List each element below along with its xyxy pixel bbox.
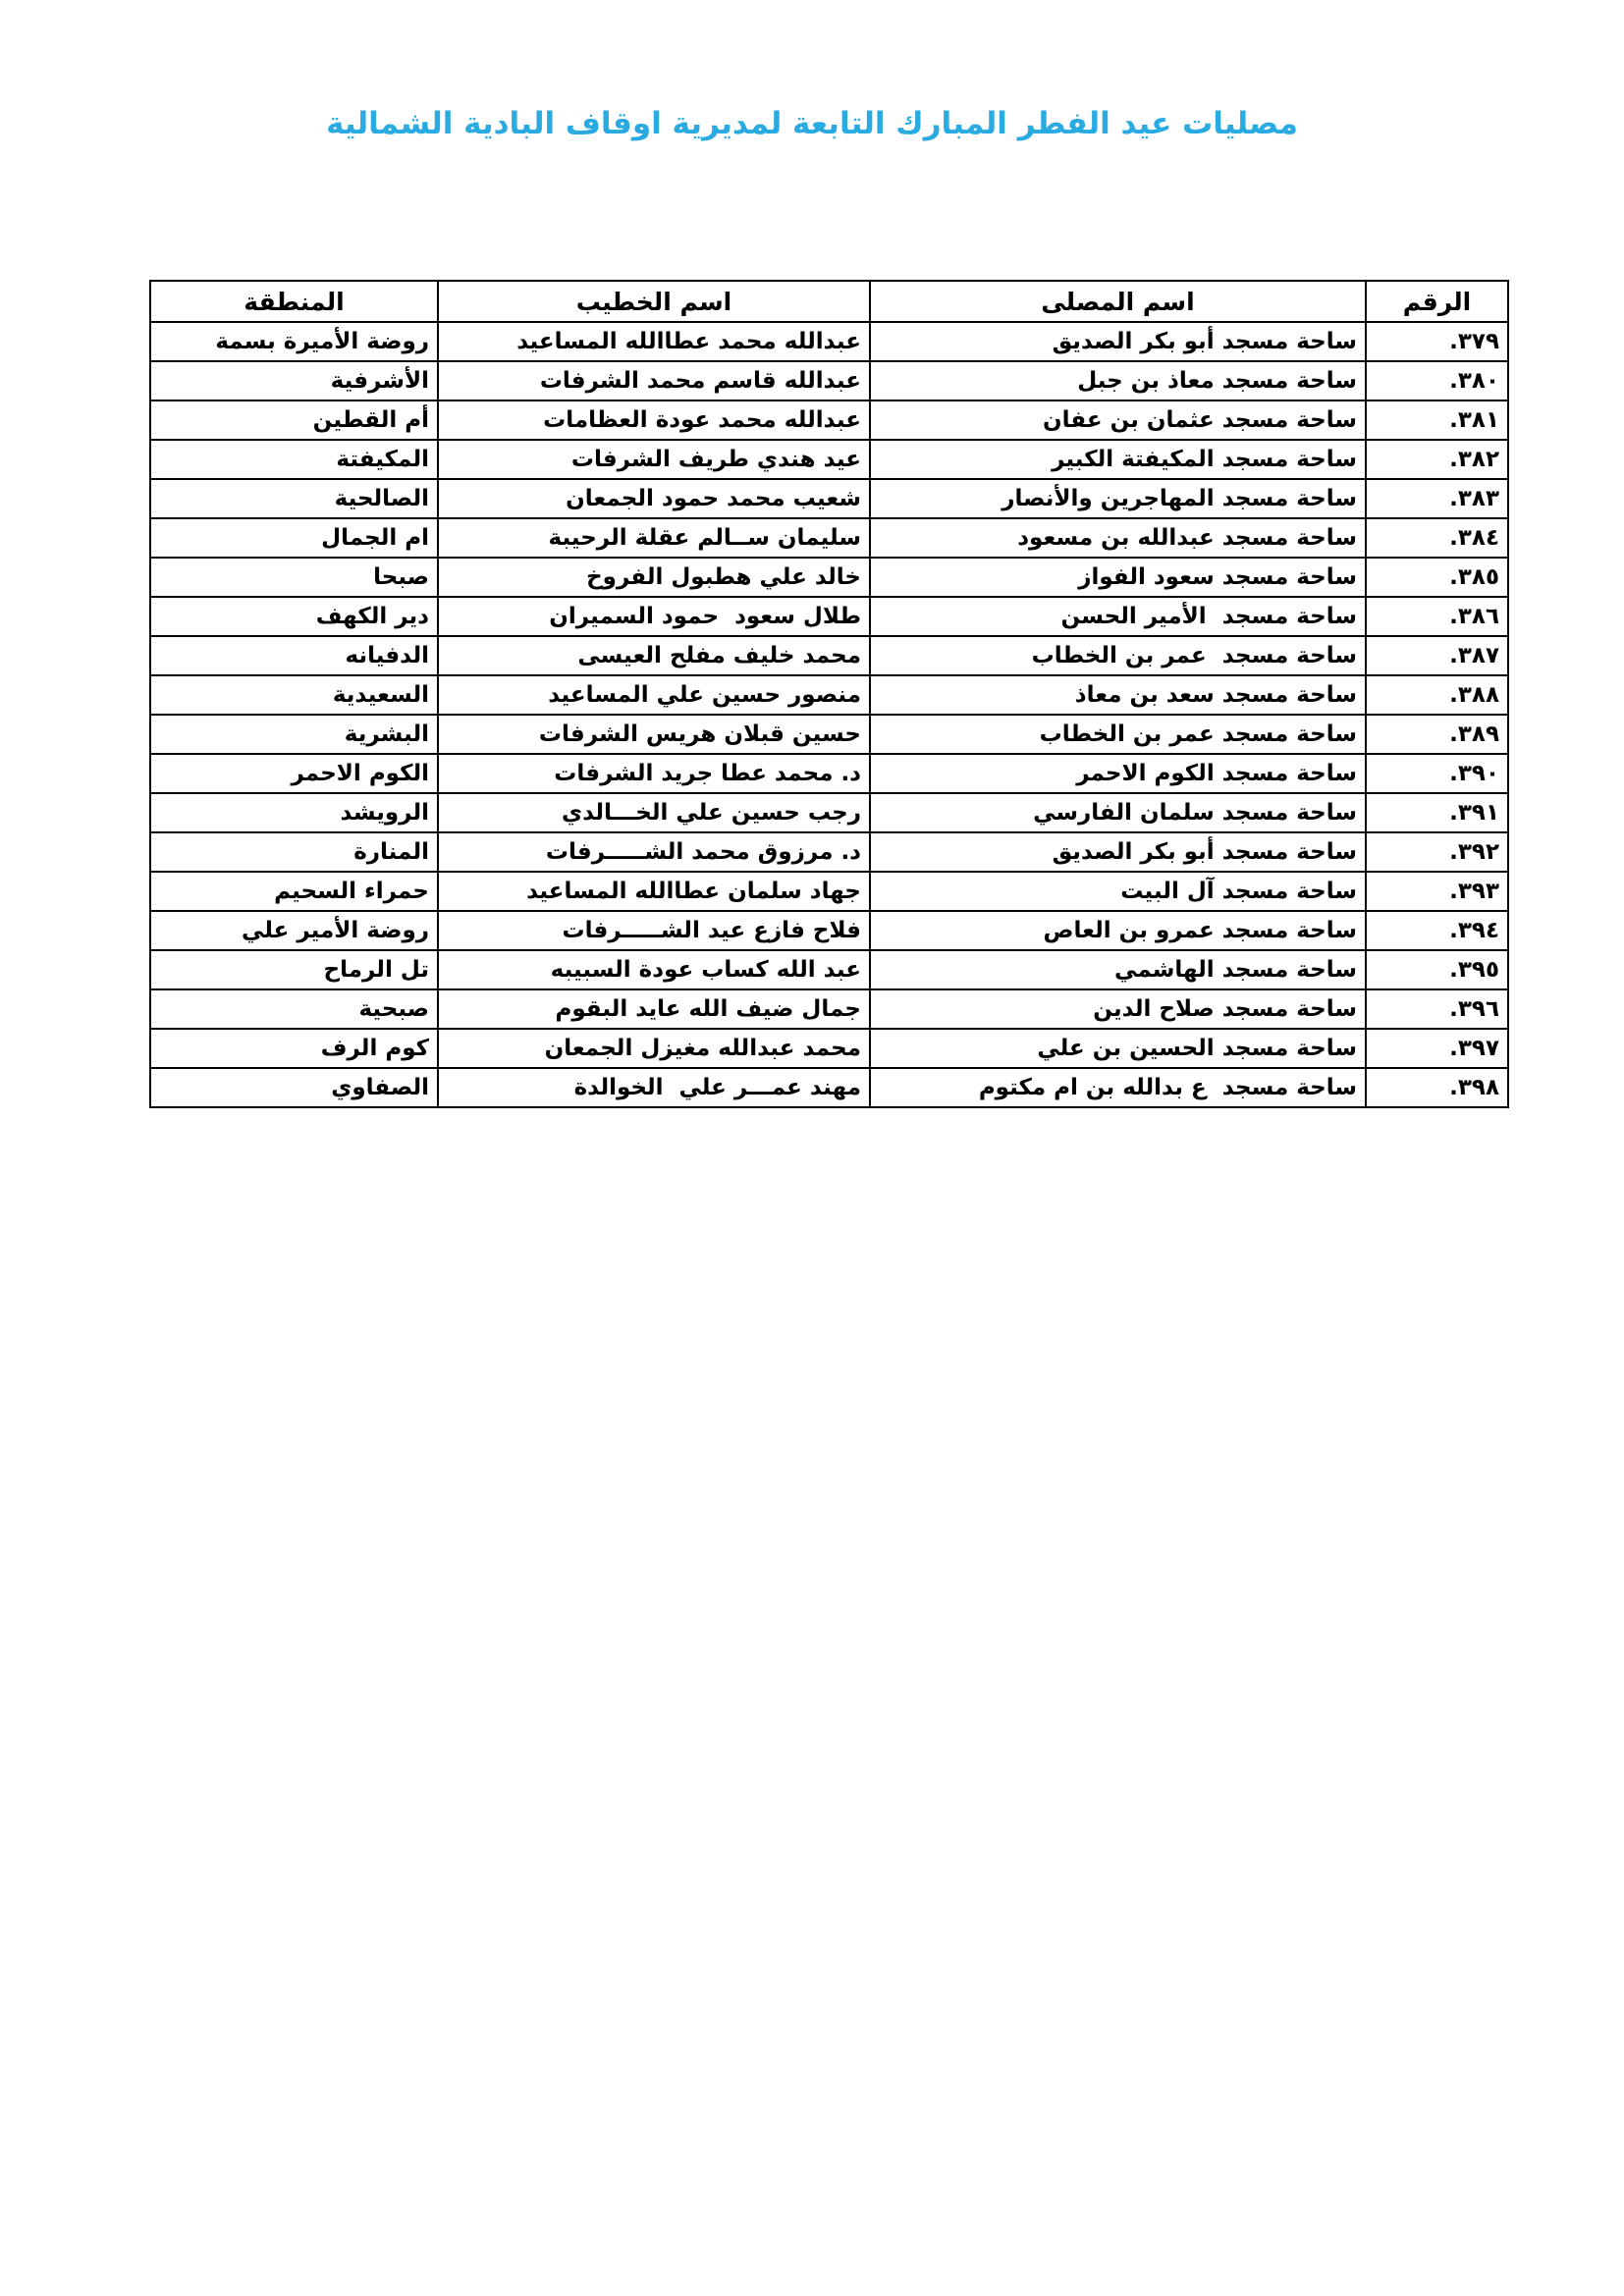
mosque-name-cell: ساحة مسجد سعد بن معاذ [870, 675, 1366, 715]
table-row: ٣٧٩. ساحة مسجد أبو بكر الصديق عبدالله مح… [150, 322, 1508, 361]
preacher-name-cell: محمد عبدالله مغيزل الجمعان [438, 1029, 870, 1068]
region-name-cell: صبحية [150, 989, 438, 1029]
table-row: ٣٩٤. ساحة مسجد عمرو بن العاص فلاح فازع ع… [150, 911, 1508, 950]
mosque-name-cell: ساحة مسجد عبدالله بن مسعود [870, 518, 1366, 558]
row-number-cell: ٣٩٦. [1366, 989, 1508, 1029]
region-name-cell: الرويشد [150, 793, 438, 832]
region-name-cell: الكوم الاحمر [150, 754, 438, 793]
row-number-cell: ٣٨٨. [1366, 675, 1508, 715]
row-number-cell: ٣٩٠. [1366, 754, 1508, 793]
row-number-cell: ٣٨٩. [1366, 715, 1508, 754]
row-number-cell: ٣٩٧. [1366, 1029, 1508, 1068]
table-row: ٣٩٠. ساحة مسجد الكوم الاحمر د. محمد عطا … [150, 754, 1508, 793]
table-row: ٣٩٥. ساحة مسجد الهاشمي عبد الله كساب عود… [150, 950, 1508, 989]
table-row: ٣٨٢. ساحة مسجد المكيفتة الكبير عيد هندي … [150, 440, 1508, 479]
preacher-name-cell: محمد خليف مفلح العيسى [438, 636, 870, 675]
row-number-cell: ٣٨٥. [1366, 558, 1508, 597]
preacher-name-cell: عيد هندي طريف الشرفات [438, 440, 870, 479]
region-name-cell: الصالحية [150, 479, 438, 518]
mosque-name-cell: ساحة مسجد المكيفتة الكبير [870, 440, 1366, 479]
region-name-cell: كوم الرف [150, 1029, 438, 1068]
row-number-cell: ٣٨٧. [1366, 636, 1508, 675]
preacher-name-cell: عبدالله قاسم محمد الشرفات [438, 361, 870, 400]
table-row: ٣٨٧. ساحة مسجد عمر بن الخطاب محمد خليف م… [150, 636, 1508, 675]
preacher-name-cell: رجب حسين علي الخـــالدي [438, 793, 870, 832]
region-name-cell: الأشرفية [150, 361, 438, 400]
table-row: ٣٩٣. ساحة مسجد آل البيت جهاد سلمان عطاال… [150, 872, 1508, 911]
row-number-cell: ٣٨٤. [1366, 518, 1508, 558]
region-name-cell: المنارة [150, 832, 438, 872]
region-name-cell: روضة الأميرة بسمة [150, 322, 438, 361]
preacher-name-cell: عبدالله محمد عطاالله المساعيد [438, 322, 870, 361]
row-number-cell: ٣٩٥. [1366, 950, 1508, 989]
region-name-cell: دير الكهف [150, 597, 438, 636]
region-name-cell: البشرية [150, 715, 438, 754]
table-row: ٣٨٦. ساحة مسجد الأمير الحسن طلال سعود حم… [150, 597, 1508, 636]
table-row: ٣٨٩. ساحة مسجد عمر بن الخطاب حسين قبلان … [150, 715, 1508, 754]
mosque-name-cell: ساحة مسجد عمرو بن العاص [870, 911, 1366, 950]
table-body: ٣٧٩. ساحة مسجد أبو بكر الصديق عبدالله مح… [150, 322, 1508, 1107]
preacher-name-cell: شعيب محمد حمود الجمعان [438, 479, 870, 518]
mosque-name-cell: ساحة مسجد الأمير الحسن [870, 597, 1366, 636]
table-row: ٣٨٥. ساحة مسجد سعود الفواز خالد علي هطبو… [150, 558, 1508, 597]
row-number-cell: ٣٩٢. [1366, 832, 1508, 872]
mosque-name-cell: ساحة مسجد الكوم الاحمر [870, 754, 1366, 793]
mosque-name-cell: ساحة مسجد أبو بكر الصديق [870, 832, 1366, 872]
table-row: ٣٩١. ساحة مسجد سلمان الفارسي رجب حسين عل… [150, 793, 1508, 832]
preacher-name-cell: د. محمد عطا جريد الشرفات [438, 754, 870, 793]
mosque-name-cell: ساحة مسجد الحسين بن علي [870, 1029, 1366, 1068]
header-mosque: اسم المصلى [870, 281, 1366, 322]
mosque-name-cell: ساحة مسجد عمر بن الخطاب [870, 715, 1366, 754]
mosque-name-cell: ساحة مسجد أبو بكر الصديق [870, 322, 1366, 361]
preacher-name-cell: جهاد سلمان عطاالله المساعيد [438, 872, 870, 911]
prayer-locations-table: الرقم اسم المصلى اسم الخطيب المنطقة ٣٧٩.… [149, 280, 1509, 1108]
mosque-name-cell: ساحة مسجد آل البيت [870, 872, 1366, 911]
mosque-name-cell: ساحة مسجد الهاشمي [870, 950, 1366, 989]
preacher-name-cell: سليمان ســالم عقلة الرحيبة [438, 518, 870, 558]
table-row: ٣٩٧. ساحة مسجد الحسين بن علي محمد عبدالل… [150, 1029, 1508, 1068]
row-number-cell: ٣٨٣. [1366, 479, 1508, 518]
document-page: مصليات عيد الفطر المبارك التابعة لمديرية… [0, 0, 1624, 2296]
preacher-name-cell: طلال سعود حمود السميران [438, 597, 870, 636]
header-region: المنطقة [150, 281, 438, 322]
mosque-name-cell: ساحة مسجد معاذ بن جبل [870, 361, 1366, 400]
mosque-name-cell: ساحة مسجد عثمان بن عفان [870, 400, 1366, 440]
table-row: ٣٨٠. ساحة مسجد معاذ بن جبل عبدالله قاسم … [150, 361, 1508, 400]
row-number-cell: ٣٧٩. [1366, 322, 1508, 361]
preacher-name-cell: خالد علي هطبول الفروخ [438, 558, 870, 597]
preacher-name-cell: عبد الله كساب عودة السبيبه [438, 950, 870, 989]
table-row: ٣٩٦. ساحة مسجد صلاح الدين جمال ضيف الله … [150, 989, 1508, 1029]
region-name-cell: أم القطين [150, 400, 438, 440]
preacher-name-cell: عبدالله محمد عودة العظامات [438, 400, 870, 440]
region-name-cell: روضة الأمير علي [150, 911, 438, 950]
table-header-row: الرقم اسم المصلى اسم الخطيب المنطقة [150, 281, 1508, 322]
preacher-name-cell: د. مرزوق محمد الشـــــرفات [438, 832, 870, 872]
preacher-name-cell: فلاح فازع عيد الشـــــرفات [438, 911, 870, 950]
region-name-cell: تل الرماح [150, 950, 438, 989]
header-number: الرقم [1366, 281, 1508, 322]
preacher-name-cell: جمال ضيف الله عايد البقوم [438, 989, 870, 1029]
mosque-name-cell: ساحة مسجد ع بدالله بن ام مكتوم [870, 1068, 1366, 1107]
mosque-name-cell: ساحة مسجد صلاح الدين [870, 989, 1366, 1029]
region-name-cell: ام الجمال [150, 518, 438, 558]
region-name-cell: صبحا [150, 558, 438, 597]
row-number-cell: ٣٩٨. [1366, 1068, 1508, 1107]
region-name-cell: الدفيانه [150, 636, 438, 675]
table-row: ٣٨١. ساحة مسجد عثمان بن عفان عبدالله محم… [150, 400, 1508, 440]
row-number-cell: ٣٩٤. [1366, 911, 1508, 950]
preacher-name-cell: مهند عمـــر علي الخوالدة [438, 1068, 870, 1107]
region-name-cell: السعيدية [150, 675, 438, 715]
region-name-cell: حمراء السحيم [150, 872, 438, 911]
region-name-cell: المكيفتة [150, 440, 438, 479]
table-row: ٣٨٤. ساحة مسجد عبدالله بن مسعود سليمان س… [150, 518, 1508, 558]
table-row: ٣٩٨. ساحة مسجد ع بدالله بن ام مكتوم مهند… [150, 1068, 1508, 1107]
mosque-name-cell: ساحة مسجد عمر بن الخطاب [870, 636, 1366, 675]
row-number-cell: ٣٨١. [1366, 400, 1508, 440]
region-name-cell: الصفاوي [150, 1068, 438, 1107]
preacher-name-cell: حسين قبلان هريس الشرفات [438, 715, 870, 754]
mosque-name-cell: ساحة مسجد المهاجرين والأنصار [870, 479, 1366, 518]
preacher-name-cell: منصور حسين علي المساعيد [438, 675, 870, 715]
row-number-cell: ٣٩٣. [1366, 872, 1508, 911]
row-number-cell: ٣٩١. [1366, 793, 1508, 832]
page-title: مصليات عيد الفطر المبارك التابعة لمديرية… [0, 106, 1624, 141]
table-row: ٣٨٨. ساحة مسجد سعد بن معاذ منصور حسين عل… [150, 675, 1508, 715]
mosque-name-cell: ساحة مسجد سعود الفواز [870, 558, 1366, 597]
table-row: ٣٩٢. ساحة مسجد أبو بكر الصديق د. مرزوق م… [150, 832, 1508, 872]
row-number-cell: ٣٨٢. [1366, 440, 1508, 479]
header-preacher: اسم الخطيب [438, 281, 870, 322]
row-number-cell: ٣٨٠. [1366, 361, 1508, 400]
table-row: ٣٨٣. ساحة مسجد المهاجرين والأنصار شعيب م… [150, 479, 1508, 518]
row-number-cell: ٣٨٦. [1366, 597, 1508, 636]
mosque-name-cell: ساحة مسجد سلمان الفارسي [870, 793, 1366, 832]
